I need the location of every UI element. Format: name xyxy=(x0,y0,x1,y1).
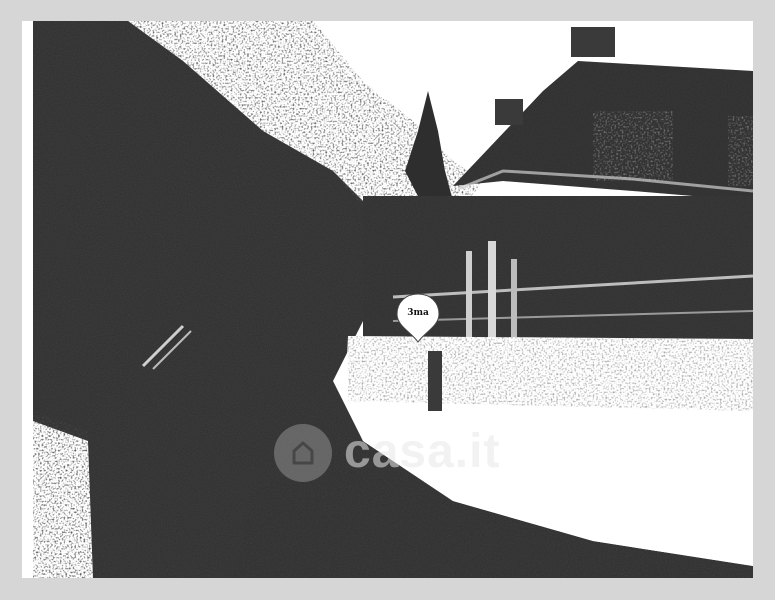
house-icon xyxy=(274,424,332,482)
marker-label: 3ma xyxy=(395,308,441,318)
watermark-text: casa.it xyxy=(344,424,500,479)
watermark: casa.it xyxy=(274,423,500,483)
property-photo xyxy=(33,21,753,578)
location-marker: 3ma xyxy=(395,292,441,344)
map-pin-icon xyxy=(395,292,441,344)
